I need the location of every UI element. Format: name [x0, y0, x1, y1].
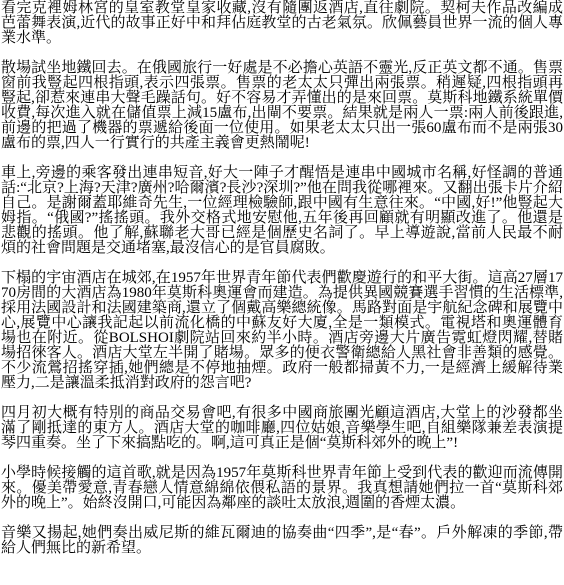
paragraph-hotel-lobby-quartet: 四月初大概有特別的商品交易會吧,有很多中國商旅團光顧這酒店,大堂上的沙發都坐滿了…	[1, 406, 563, 451]
paragraph-train-passenger: 車上,旁邊的乘客發出連串短音,好大一陣子才醒悟是連串中國城市名稱,好怪調的普通話…	[1, 166, 563, 256]
paragraph-cosmos-hotel: 下榻的宇宙酒店在城郊,在1957年世界青年節代表們歡慶遊行的和平大街。這高27層…	[1, 271, 563, 391]
paragraph-four-seasons-music: 音樂又揚起,她們奏出威尼斯的維瓦爾迪的協奏曲“四季”,是“春”。戶外解凍的季節,…	[1, 526, 563, 556]
paragraph-metro-tickets: 散場試坐地鐵回去。在俄國旅行一好處是不必擔心英語不靈光,反正英文都不通。售票窗前…	[1, 61, 563, 151]
document-page: 看完克裡姆林宮的皇室教堂皇家收藏,沒有隨團返酒店,直往劇院。契柯夫作品改編成芭蕾…	[0, 0, 564, 585]
paragraph-moscow-nights-song: 小學時候接觸的這首歌,就是因為1957年莫斯科世界青年節上受到代表的歡迎而流傳開…	[1, 466, 563, 511]
paragraph-ballet-theatre: 看完克裡姆林宮的皇室教堂皇家收藏,沒有隨團返酒店,直往劇院。契柯夫作品改編成芭蕾…	[1, 1, 563, 46]
